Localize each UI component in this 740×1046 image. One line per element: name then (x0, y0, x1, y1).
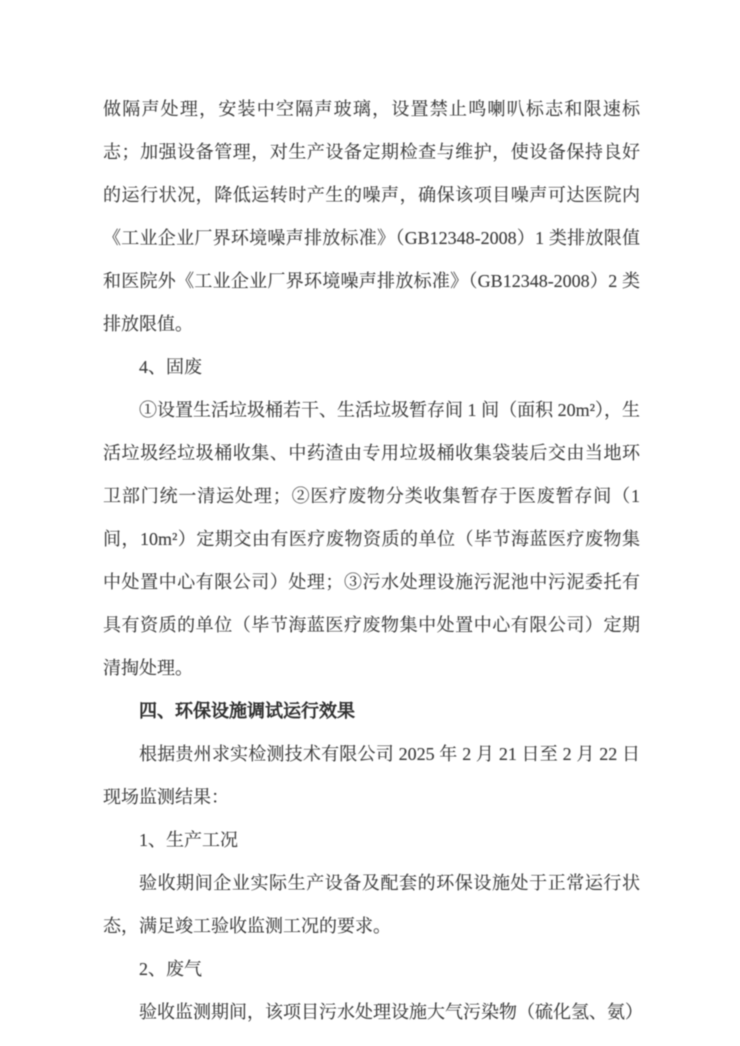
paragraph-monitoring-basis: 根据贵州求实检测技术有限公司 2025 年 2 月 21 日至 2 月 22 日… (103, 733, 640, 819)
paragraph-production-condition-body: 验收期间企业实际生产设备及配套的环保设施处于正常运行状态，满足竣工验收监测工况的… (103, 862, 640, 948)
paragraph-solid-waste-heading: 4、固废 (103, 346, 640, 389)
document-page: 做隔声处理，安装中空隔声玻璃，设置禁止鸣喇叭标志和限速标志；加强设备管理，对生产… (0, 0, 740, 1046)
paragraph-noise-measures-continued: 做隔声处理，安装中空隔声玻璃，设置禁止鸣喇叭标志和限速标志；加强设备管理，对生产… (103, 88, 640, 346)
paragraph-solid-waste-body: ①设置生活垃圾桶若干、生活垃圾暂存间 1 间（面积 20m²），生活垃圾经垃圾桶… (103, 389, 640, 690)
paragraph-waste-gas-heading: 2、废气 (103, 948, 640, 991)
paragraph-waste-gas-body: 验收监测期间，该项目污水处理设施大气污染物（硫化氢、氨） (103, 991, 640, 1034)
paragraph-production-condition-heading: 1、生产工况 (103, 819, 640, 862)
paragraph-section-4-heading: 四、环保设施调试运行效果 (103, 690, 640, 733)
document-body: 做隔声处理，安装中空隔声玻璃，设置禁止鸣喇叭标志和限速标志；加强设备管理，对生产… (103, 88, 640, 1034)
